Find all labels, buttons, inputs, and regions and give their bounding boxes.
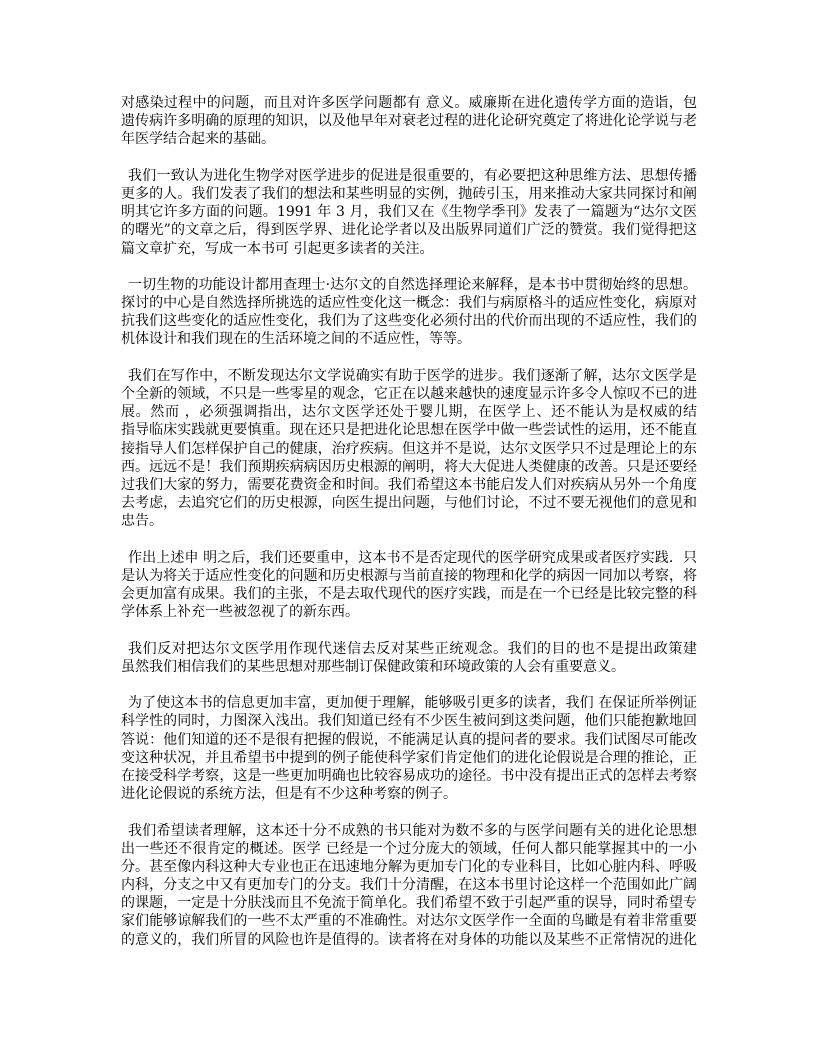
text-line: 科学性的同时，力图深入浅出。我们知道已经有不少医生被问到这类问题，他们只能抱歉地… <box>121 712 697 730</box>
text-line: 我们反对把达尔文医学用作现代迷信去反对某些正统观念。我们的目的也不是提出政策建议… <box>121 640 697 658</box>
text-line: 我们在写作中，不断发现达尔文学说确实有助于医学的进步。我们逐渐了解，达尔文医学是… <box>121 367 697 385</box>
document-body: 对感染过程中的问题，而且对许多医学问题都有 意义。威廉斯在进化遗传学方面的造诣，… <box>121 94 697 967</box>
text-line: 接指导人们怎样保护自己的健康，治疗疾病。但这并不是说，达尔文医学只不过是理论上的… <box>121 440 697 458</box>
text-line: 遗传病许多明确的原理的知识，以及他早年对衰老过程的进化论研究奠定了将进化论学说与… <box>121 112 697 130</box>
text-line: 内科，分支之中又有更加专门的分支。我们十分清醒，在这本书里讨论这样一个范围如此广… <box>121 876 697 894</box>
text-line: 出一些还不很肯定的概述。医学 已经是一个过分庞大的领域，任何人都只能掌握其中的一… <box>121 840 697 858</box>
text-line: 答说：他们知道的还不是很有把握的假说，不能满足认真的提问者的要求。我们试图尽可能… <box>121 731 697 749</box>
text-line: 一切生物的功能设计都用查理士·达尔文的自然选择理论来解释，是本书中贯彻始终的思想… <box>121 276 697 294</box>
paragraph-1: 对感染过程中的问题，而且对许多医学问题都有 意义。威廉斯在进化遗传学方面的造诣，… <box>121 94 697 149</box>
paragraph-6: 我们反对把达尔文医学用作现代迷信去反对某些正统观念。我们的目的也不是提出政策建议… <box>121 640 697 676</box>
text-line: 篇文章扩充，写成一本书可 引起更多读者的关注。 <box>121 240 697 258</box>
text-line: 过我们大家的努力，需要花费资金和时间。我们希望这本书能启发人们对疾病从另外一个角… <box>121 476 697 494</box>
text-line: 虽然我们相信我们的某些思想对那些制订保健政策和环境政策的人会有重要意义。 <box>121 658 697 676</box>
text-line: 去考虑，去追究它们的历史根源，向医生提出问题，与他们讨论，不过不要无视他们的意见… <box>121 494 697 512</box>
text-line: 为了使这本书的信息更加丰富，更加便于理解，能够吸引更多的读者，我们 在保证所举例… <box>121 694 697 712</box>
text-line: 是认为将关于适应性变化的问题和历史根源与当前直接的物理和化学的病因一同加以考察，… <box>121 567 697 585</box>
text-line: 家们能够谅解我们的一些不太严重的不准确性。对达尔文医学作一全面的鸟瞰是有着非常重… <box>121 912 697 930</box>
text-line: 我们一致认为进化生物学对医学进步的促进是很重要的，有必要把这种思维方法、思想传播… <box>121 167 697 185</box>
text-line: 忠告。 <box>121 512 697 530</box>
text-line: 作出上述申 明之后，我们还要重申，这本书不是否定现代的医学研究成果或者医疗实践．… <box>121 549 697 567</box>
text-line: 我们希望读者理解，这本还十分不成熟的书只能对为数不多的与医学问题有关的进化论思想… <box>121 822 697 840</box>
text-line: 个全新的领域，不只是一些零星的观念，它正在以越来越快的速度显示许多令人惊叹不已的… <box>121 385 697 403</box>
text-line: 机体设计和我们现在的生活环境之间的不适应性，等等。 <box>121 330 697 348</box>
text-line: 学体系上补充一些被忽视了的新东西。 <box>121 603 697 621</box>
paragraph-2: 我们一致认为进化生物学对医学进步的促进是很重要的，有必要把这种思维方法、思想传播… <box>121 167 697 258</box>
text-line: 进化论假说的系统方法，但是有不少这种考察的例子。 <box>121 785 697 803</box>
text-line: 明其它许多方面的问题。1991 年 3 月，我们又在《生物学季刊》发表了一篇题为… <box>121 203 697 221</box>
text-line: 分。甚至像内科这种大专业也正在迅速地分解为更加专门化的专业科目，比如心脏内科、呼… <box>121 858 697 876</box>
paragraph-3: 一切生物的功能设计都用查理士·达尔文的自然选择理论来解释，是本书中贯彻始终的思想… <box>121 276 697 349</box>
text-line: 指导临床实践就更要慎重。现在还只是把进化论思想在医学中做一些尝试性的运用，还不能… <box>121 421 697 439</box>
paragraph-7: 为了使这本书的信息更加丰富，更加便于理解，能够吸引更多的读者，我们 在保证所举例… <box>121 694 697 803</box>
paragraph-5: 作出上述申 明之后，我们还要重申，这本书不是否定现代的医学研究成果或者医疗实践．… <box>121 549 697 622</box>
text-line: 展。然而 ，必须强调指出，达尔文医学还处于婴儿期，在医学上、还不能认为是权威的结… <box>121 403 697 421</box>
text-line: 的课题，一定是十分肤浅而且不免流于简单化。我们希望不致于引起严重的误导，同时希望… <box>121 894 697 912</box>
text-line: 抗我们这些变化的适应性变化，我们为了这些变化必须付出的代价而出现的不适应性，我们… <box>121 312 697 330</box>
text-line: 的意义的，我们所冒的风险也许是值得的。读者将在对身体的功能以及某些不正常情况的进… <box>121 931 697 949</box>
text-line: 对感染过程中的问题，而且对许多医学问题都有 意义。威廉斯在进化遗传学方面的造诣，… <box>121 94 697 112</box>
text-line: 年医学结合起来的基础。 <box>121 130 697 148</box>
paragraph-8: 我们希望读者理解，这本还十分不成熟的书只能对为数不多的与医学问题有关的进化论思想… <box>121 822 697 949</box>
paragraph-4: 我们在写作中，不断发现达尔文学说确实有助于医学的进步。我们逐渐了解，达尔文医学是… <box>121 367 697 531</box>
text-line: 在接受科学考察，这是一些更加明确也比较容易成功的途径。书中没有提出正式的怎样去考… <box>121 767 697 785</box>
text-line: 更多的人。我们发表了我们的想法和某些明显的实例，抛砖引玉，用来推动大家共同探讨和… <box>121 185 697 203</box>
text-line: 探讨的中心是自然选择所挑选的适应性变化这一概念：我们与病原格斗的适应性变化，病原… <box>121 294 697 312</box>
text-line: 的曙光”的文章之后，得到医学界、进化论学者以及出版界同道们广泛的赞赏。我们觉得把… <box>121 221 697 239</box>
text-line: 变这种状况，并且希望书中提到的例子能使科学家们肯定他们的进化论假说是合理的推论，… <box>121 749 697 767</box>
text-line: 会更加富有成果。我们的主张，不是去取代现代的医疗实践，而是在一个已经是比较完整的… <box>121 585 697 603</box>
text-line: 西。远远不是！我们预期疾病病因历史根源的阐明，将大大促进人类健康的改善。只是还要… <box>121 458 697 476</box>
